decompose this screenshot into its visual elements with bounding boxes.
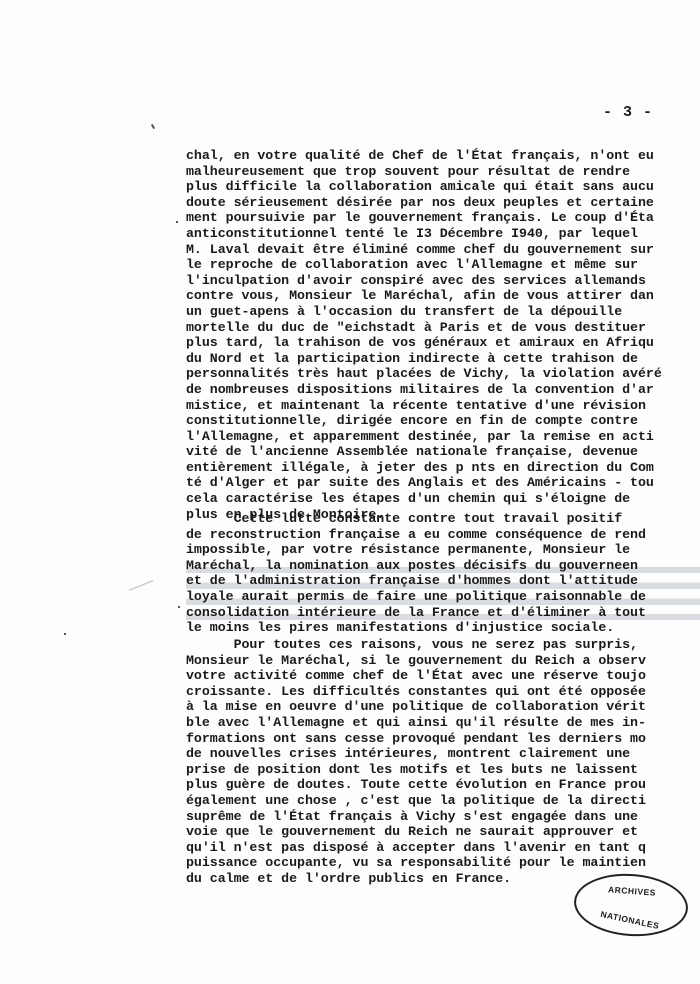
text-line: ble avec l'Allemagne et qui ainsi qu'il … [186,715,700,731]
margin-mark [64,633,66,635]
paragraph-1: chal, en votre qualité de Chef de l'État… [186,148,700,522]
pencil-mark [129,580,153,591]
text-line: de reconstruction française a eu comme c… [186,527,700,543]
stamp-top-text: ARCHIVES [577,882,687,900]
stamp-bottom-text: NATIONALES [575,904,685,937]
text-line: du Nord et la participation indirecte à … [186,351,700,367]
text-line: croissante. Les difficultés constantes q… [186,684,700,700]
text-line: un guet-apens à l'occasion du transfert … [186,304,700,320]
page-number: - 3 - [603,104,653,121]
text-line: également une chose , c'est que la polit… [186,793,700,809]
text-line: chal, en votre qualité de Chef de l'État… [186,148,700,164]
margin-mark [178,606,180,608]
text-line: de nouvelles crises intérieures, montren… [186,746,700,762]
text-line: voie que le gouvernement du Reich ne sau… [186,824,700,840]
text-line: M. Laval devait être éliminé comme chef … [186,242,700,258]
text-line: personnalités très haut placées de Vichy… [186,366,700,382]
text-line: plus guère de doutes. Toute cette évolut… [186,777,700,793]
text-line: le reproche de collaboration avec l'Alle… [186,257,700,273]
text-line: entièrement illégale, à jeter des p nts … [186,460,700,476]
text-line: votre activité comme chef de l'État avec… [186,668,700,684]
text-line: formations ont sans cesse provoqué penda… [186,731,700,747]
paragraph-2: Cette lutte constante contre tout travai… [186,511,700,636]
text-line: plus difficile la collaboration amicale … [186,179,700,195]
text-line: Maréchal, la nomination aux postes décis… [186,558,700,574]
text-line: Cette lutte constante contre tout travai… [186,511,700,527]
text-line: anticonstitutionnel tenté le I3 Décembre… [186,226,700,242]
margin-mark [176,221,178,223]
text-line: mistice, et maintenant la récente tentat… [186,398,700,414]
text-line: et de l'administration française d'homme… [186,573,700,589]
paragraph-3: Pour toutes ces raisons, vous ne serez p… [186,637,700,887]
text-line: le moins les pires manifestations d'inju… [186,620,700,636]
text-line: Pour toutes ces raisons, vous ne serez p… [186,637,700,653]
text-line: à la mise en oeuvre d'une politique de c… [186,699,700,715]
text-line: contre vous, Monsieur le Maréchal, afin … [186,288,700,304]
text-line: suprême de l'État français à Vichy s'est… [186,809,700,825]
text-line: té d'Alger et par suite des Anglais et d… [186,475,700,491]
text-line: constitutionnelle, dirigée encore en fin… [186,413,700,429]
text-line: consolidation intérieure de la France et… [186,605,700,621]
text-line: mortelle du duc de "eichstadt à Paris et… [186,320,700,336]
text-line: doute sérieusement désirée par nos deux … [186,195,700,211]
text-line: cela caractérise les étapes d'un chemin … [186,491,700,507]
document-page: - 3 - chal, en votre qualité de Chef de … [0,0,700,984]
text-line: ment poursuivie par le gouvernement fran… [186,210,700,226]
text-line: l'inculpation d'avoir conspiré avec des … [186,273,700,289]
text-line: malheureusement que trop souvent pour ré… [186,164,700,180]
text-line: impossible, par votre résistance permane… [186,542,700,558]
text-line: qu'il n'est pas disposé à accepter dans … [186,840,700,856]
text-line: puissance occupante, vu sa responsabilit… [186,855,700,871]
margin-mark [151,124,155,129]
text-line: Monsieur le Maréchal, si le gouvernement… [186,653,700,669]
text-line: de nombreuses dispositions militaires de… [186,382,700,398]
text-line: plus tard, la trahison de vos généraux e… [186,335,700,351]
text-line: vité de l'ancienne Assemblée nationale f… [186,444,700,460]
text-line: l'Allemagne, et apparemment destinée, pa… [186,429,700,445]
text-line: prise de position dont les motifs et les… [186,762,700,778]
text-line: loyale aurait permis de faire une politi… [186,589,700,605]
